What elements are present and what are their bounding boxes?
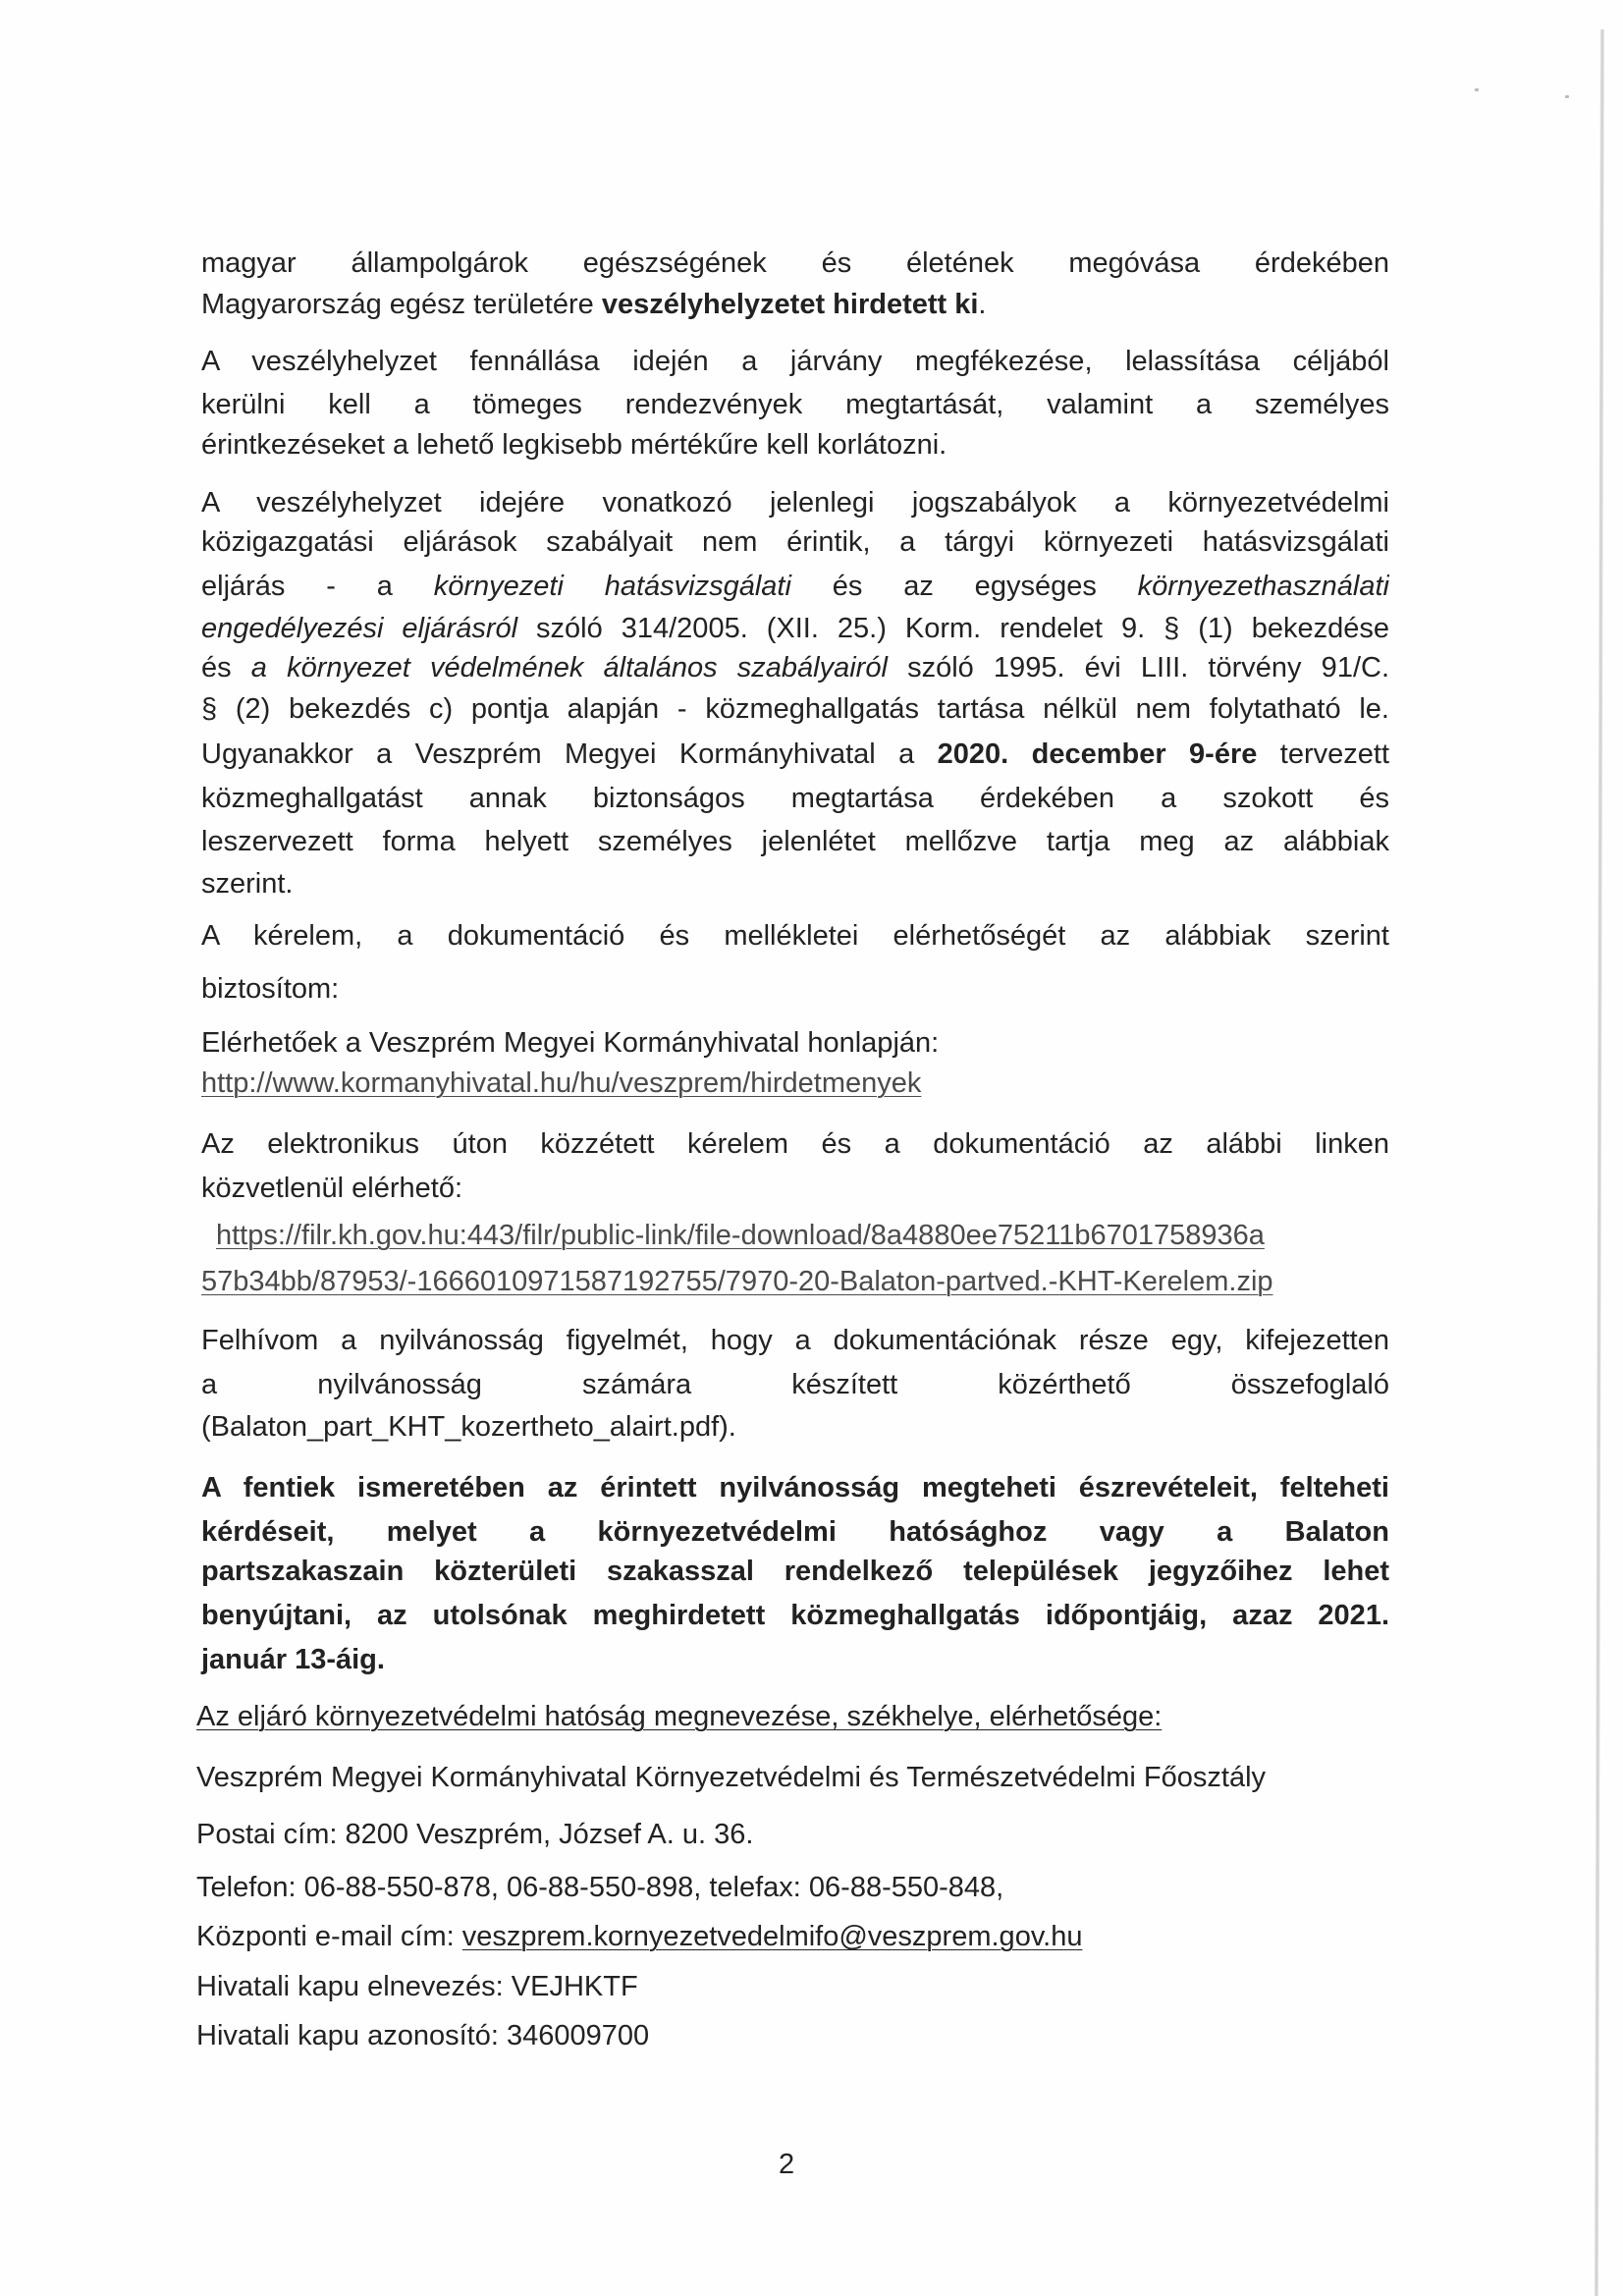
paragraph-7-line-1: Az elektronikus úton közzétett kérelem é… bbox=[201, 1127, 1389, 1161]
hirdetmenyek-link-line: http://www.kormanyhivatal.hu/hu/veszprem… bbox=[201, 1066, 1389, 1100]
scan-edge-shadow bbox=[1595, 29, 1604, 2296]
hirdetmenyek-link[interactable]: http://www.kormanyhivatal.hu/hu/veszprem… bbox=[201, 1067, 921, 1099]
kerelem-download-link[interactable]: https://filr.kh.gov.hu:443/filr/public-l… bbox=[216, 1220, 1265, 1251]
paragraph-1-line-1: magyar állampolgárok egészségének és éle… bbox=[201, 246, 1389, 280]
text: eljárás - a bbox=[201, 571, 434, 602]
paragraph-1-line-2: Magyarország egész területére veszélyhel… bbox=[201, 288, 1389, 321]
scan-speck bbox=[1475, 88, 1479, 91]
text: Magyarország egész területére bbox=[201, 289, 602, 320]
paragraph-6-line-1: Elérhetőek a Veszprém Megyei Kormányhiva… bbox=[201, 1026, 1389, 1060]
text: . bbox=[978, 289, 986, 320]
paragraph-2-line-2: kerülni kell a tömeges rendezvények megt… bbox=[201, 388, 1389, 421]
paragraph-3-line-5: és a környezet védelmének általános szab… bbox=[201, 651, 1389, 684]
paragraph-8-line-1: Felhívom a nyilvánosság figyelmét, hogy … bbox=[201, 1324, 1389, 1357]
paragraph-9-line-2: kérdéseit, melyet a környezetvédelmi hat… bbox=[201, 1515, 1389, 1549]
emphasis-italic: környezethasználati bbox=[1138, 571, 1389, 602]
paragraph-4-line-1: Ugyanakkor a Veszprém Megyei Kormányhiva… bbox=[201, 738, 1389, 771]
page-number: 2 bbox=[779, 2149, 794, 2181]
paragraph-3-line-2: közigazgatási eljárások szabályait nem é… bbox=[201, 525, 1389, 559]
emphasis-italic: engedélyezési eljárásról bbox=[201, 613, 517, 644]
authority-gate-name: Hivatali kapu elnevezés: VEJHKTF bbox=[196, 1970, 1384, 2003]
paragraph-2-line-3: érintkezéseket a lehető legkisebb mérték… bbox=[201, 428, 1389, 462]
authority-heading-text: Az eljáró környezetvédelmi hatóság megne… bbox=[196, 1701, 1162, 1732]
kerelem-link-line-1: https://filr.kh.gov.hu:443/filr/public-l… bbox=[216, 1219, 1404, 1252]
emphasis-italic: környezeti hatásvizsgálati bbox=[434, 571, 791, 602]
kerelem-link-line-2: 57b34bb/87953/-1666010971587192755/7970-… bbox=[201, 1265, 1389, 1298]
paragraph-4-line-4: szerint. bbox=[201, 867, 1389, 901]
paragraph-9-line-1: A fentiek ismeretében az érintett nyilvá… bbox=[201, 1471, 1389, 1504]
text: és az egységes bbox=[791, 571, 1138, 602]
paragraph-3-line-3: eljárás - a környezeti hatásvizsgálati é… bbox=[201, 570, 1389, 603]
paragraph-9-line-4: benyújtani, az utolsónak meghirdetett kö… bbox=[201, 1599, 1389, 1632]
paragraph-4-line-2: közmeghallgatást annak biztonságos megta… bbox=[201, 782, 1389, 815]
paragraph-8-line-3: (Balaton_part_KHT_kozertheto_alairt.pdf)… bbox=[201, 1410, 1389, 1444]
text: Ugyanakkor a Veszprém Megyei Kormányhiva… bbox=[201, 738, 938, 770]
paragraph-7-line-2: közvetlenül elérhető: bbox=[201, 1172, 1389, 1205]
kerelem-download-link-continued[interactable]: 57b34bb/87953/-1666010971587192755/7970-… bbox=[201, 1266, 1273, 1297]
emphasis-italic: a környezet védelmének általános szabály… bbox=[251, 652, 888, 683]
authority-postal-address: Postai cím: 8200 Veszprém, József A. u. … bbox=[196, 1818, 1384, 1851]
paragraph-3-line-4: engedélyezési eljárásról szóló 314/2005.… bbox=[201, 612, 1389, 645]
text: tervezett bbox=[1257, 738, 1389, 770]
email-label: Központi e-mail cím: bbox=[196, 1921, 462, 1952]
scan-speck bbox=[1565, 95, 1569, 98]
paragraph-2-line-1: A veszélyhelyzet fennállása idején a jár… bbox=[201, 345, 1389, 378]
authority-phone: Telefon: 06-88-550-878, 06-88-550-898, t… bbox=[196, 1871, 1384, 1904]
authority-gate-id: Hivatali kapu azonosító: 346009700 bbox=[196, 2019, 1384, 2052]
paragraph-4-line-3: leszervezett forma helyett személyes jel… bbox=[201, 825, 1389, 858]
text: szóló 314/2005. (XII. 25.) Korm. rendele… bbox=[517, 613, 1389, 644]
authority-email-line: Központi e-mail cím: veszprem.kornyezetv… bbox=[196, 1920, 1384, 1953]
paragraph-5-line-1: A kérelem, a dokumentáció és mellékletei… bbox=[201, 919, 1389, 953]
text: szóló 1995. évi LIII. törvény 91/C. bbox=[888, 652, 1389, 683]
paragraph-9-line-3: partszakaszain közterületi szakasszal re… bbox=[201, 1555, 1389, 1588]
authority-heading: Az eljáró környezetvédelmi hatóság megne… bbox=[196, 1700, 1384, 1733]
authority-email-link[interactable]: veszprem.kornyezetvedelmifo@veszprem.gov… bbox=[462, 1921, 1083, 1952]
emphasis-bold: veszélyhelyzetet hirdetett ki bbox=[602, 289, 979, 320]
paragraph-3-line-1: A veszélyhelyzet idejére vonatkozó jelen… bbox=[201, 486, 1389, 519]
text: és bbox=[201, 652, 251, 683]
scanned-page: magyar állampolgárok egészségének és éle… bbox=[0, 0, 1623, 2296]
paragraph-8-line-2: a nyilvánosság számára készített közérth… bbox=[201, 1368, 1389, 1401]
paragraph-5-line-2: biztosítom: bbox=[201, 972, 1389, 1006]
authority-name: Veszprém Megyei Kormányhivatal Környezet… bbox=[196, 1761, 1384, 1794]
paragraph-3-line-6: § (2) bekezdés c) pontja alapján - közme… bbox=[201, 692, 1389, 726]
paragraph-9-line-5: január 13-áig. bbox=[201, 1643, 1389, 1676]
emphasis-bold-date: 2020. december 9-ére bbox=[938, 738, 1258, 770]
